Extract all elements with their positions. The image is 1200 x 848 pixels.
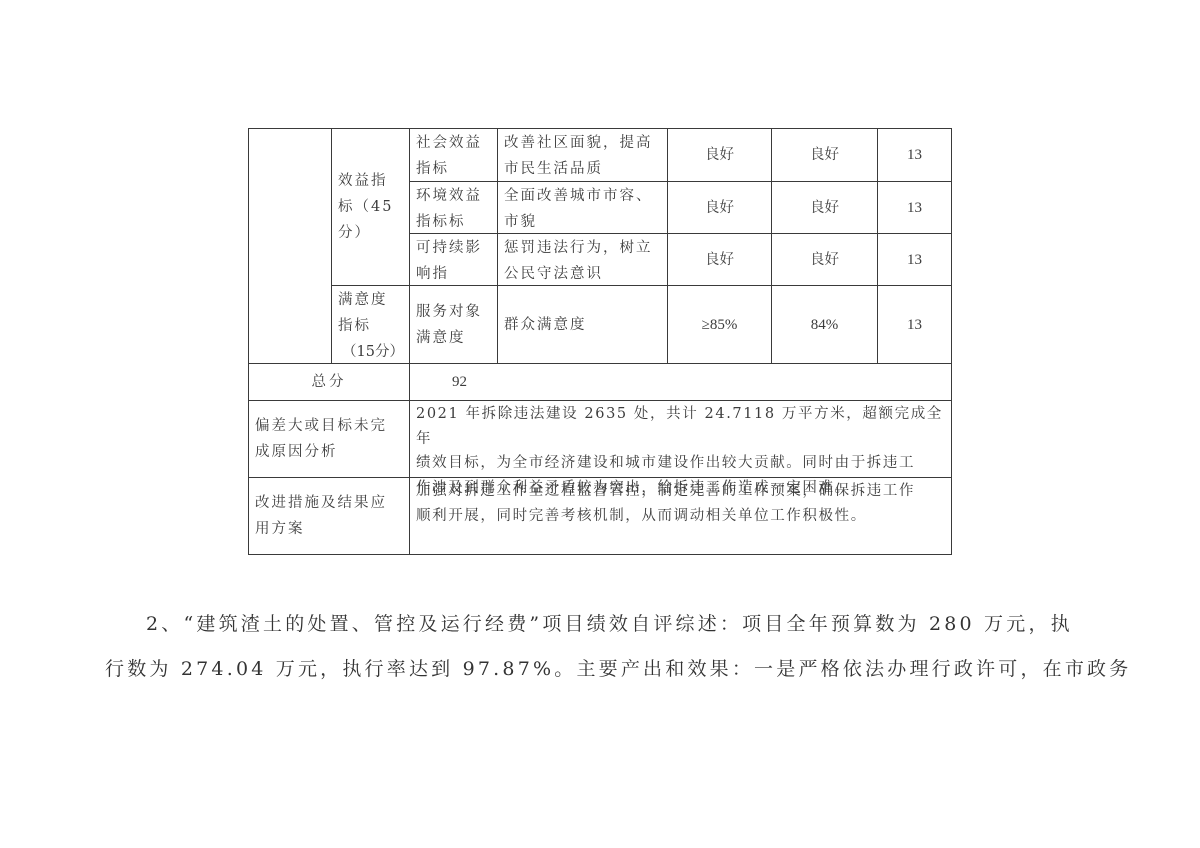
score-cell-social: 13 (877, 128, 952, 182)
text-line: 绩效目标，为全市经济建设和城市建设作出较大贡献。同时由于拆违工 (416, 451, 945, 476)
label-line: 用方案 (255, 516, 387, 542)
indicator-line: 满意度 (416, 325, 482, 351)
actual-cell-environment: 良好 (771, 181, 878, 234)
label-line: 效益指 (338, 168, 393, 194)
label-line: 标（45 (338, 194, 393, 220)
score-cell-satisfaction: 13 (877, 285, 952, 364)
actual-cell-social: 良好 (771, 128, 878, 182)
label-line: 偏差大或目标未完 (255, 413, 387, 439)
target-cell-satisfaction: ≥85% (667, 285, 772, 364)
performance-table: 效益指 标（45 分） 社会效益 指标 改善社区面貌，提高 市民生活品质 良好 … (248, 128, 952, 555)
indicator-cell-sustainability: 可持续影 响指 (409, 233, 498, 286)
score-cell-sustainability: 13 (877, 233, 952, 286)
total-score-value: 92 (409, 363, 952, 401)
paragraph-line-1: 2、“建筑渣土的处置、管控及运行经费”项目绩效自评综述：项目全年预算数为 280… (146, 609, 1141, 636)
content-line: 市貌 (504, 209, 661, 235)
score-cell-environment: 13 (877, 181, 952, 234)
text-line: 2021 年拆除违法建设 2635 处，共计 24.7118 万平方米，超额完成… (416, 402, 945, 451)
indicator-cell-environment: 环境效益 指标标 (409, 181, 498, 234)
label-line: 成原因分析 (255, 439, 387, 465)
target-cell-environment: 良好 (667, 181, 772, 234)
indicator-cell-service-satisfaction: 服务对象 满意度 (409, 285, 498, 364)
label-line: 改进措施及结果应 (255, 490, 387, 516)
total-score-label: 总分 (248, 363, 410, 401)
content-cell-social: 改善社区面貌，提高 市民生活品质 (497, 128, 668, 182)
text-line: 加强对拆违工作全过程监督管控，制定完善的工作预案，确保拆违工作 (416, 479, 945, 504)
deviation-analysis-label: 偏差大或目标未完 成原因分析 (248, 400, 410, 478)
label-line: 分） (338, 220, 393, 246)
text-line: 顺利开展，同时完善考核机制，从而调动相关单位工作积极性。 (416, 504, 945, 529)
indicator-line: 指标 (416, 156, 491, 182)
label-line: 指标 (338, 313, 403, 339)
content-line: 公民守法意识 (504, 261, 661, 287)
improvement-plan-text: 加强对拆违工作全过程监督管控，制定完善的工作预案，确保拆违工作 顺利开展，同时完… (409, 477, 952, 555)
content-cell-public-satisfaction: 群众满意度 (497, 285, 668, 364)
label-line: 满意度 (338, 287, 403, 313)
content-line: 改善社区面貌，提高 (504, 130, 661, 156)
actual-cell-sustainability: 良好 (771, 233, 878, 286)
satisfaction-indicator-group-label: 满意度 指标 （15分） (331, 285, 410, 364)
target-cell-sustainability: 良好 (667, 233, 772, 286)
target-cell-social: 良好 (667, 128, 772, 182)
indicator-line: 可持续影 (416, 235, 491, 261)
content-cell-sustainability: 惩罚违法行为，树立 公民守法意识 (497, 233, 668, 286)
content-line: 市民生活品质 (504, 156, 661, 182)
deviation-analysis-text: 2021 年拆除违法建设 2635 处，共计 24.7118 万平方米，超额完成… (409, 400, 952, 478)
indicator-line: 环境效益 (416, 183, 491, 209)
indicator-line: 社会效益 (416, 130, 491, 156)
paragraph-line-2: 行数为 274.04 万元，执行率达到 97.87%。主要产出和效果：一是严格依… (105, 654, 1100, 681)
content-cell-environment: 全面改善城市市容、 市貌 (497, 181, 668, 234)
indicator-cell-social: 社会效益 指标 (409, 128, 498, 182)
content-line: 惩罚违法行为，树立 (504, 235, 661, 261)
content-text: 群众满意度 (504, 312, 587, 338)
actual-cell-satisfaction: 84% (771, 285, 878, 364)
indicator-line: 响指 (416, 261, 491, 287)
improvement-plan-label: 改进措施及结果应 用方案 (248, 477, 410, 555)
indicator-line: 服务对象 (416, 299, 482, 325)
content-line: 全面改善城市市容、 (504, 183, 661, 209)
label-line: （15分） (338, 339, 403, 365)
benefit-indicator-group-label: 效益指 标（45 分） (331, 128, 410, 286)
table-blank-category-cell (248, 128, 332, 364)
indicator-line: 指标标 (416, 209, 491, 235)
